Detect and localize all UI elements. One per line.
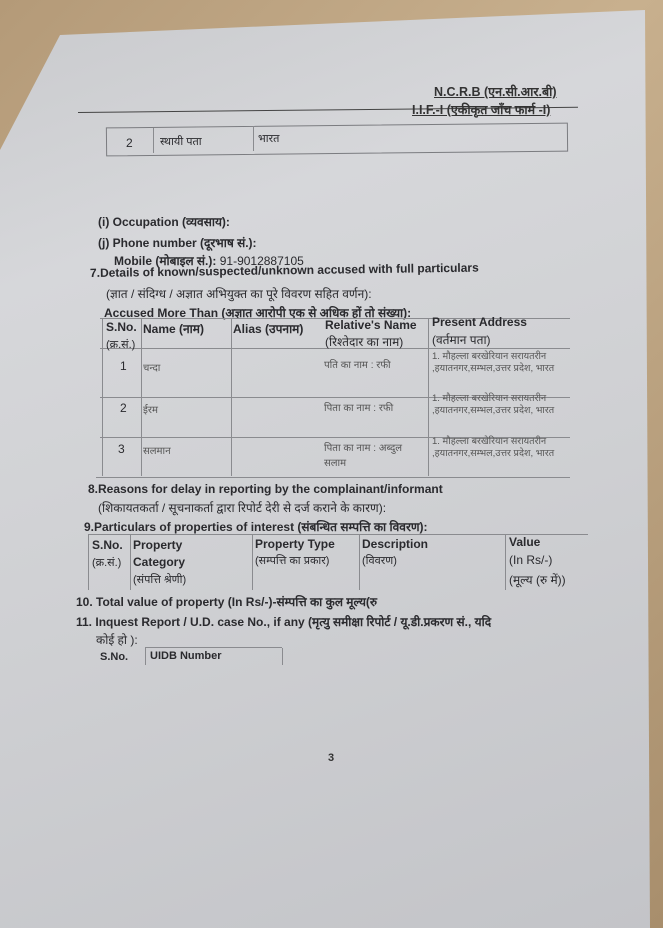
divider [253, 126, 254, 151]
prop-col-sno-hi: (क्र.सं.) [92, 555, 121, 570]
prop-col-description-hi: (विवरण) [362, 553, 397, 568]
prop-col-sno: S.No. [92, 538, 123, 552]
col-relative: Relative's Name [325, 318, 417, 332]
row-relative: पति का नाम : रफी [324, 357, 391, 371]
section8-subtitle: (शिकायतकर्ता / सूचनाकर्ता द्वारा रिपोर्ट… [98, 499, 386, 516]
prop-col-value-2: (In Rs/-) [509, 553, 552, 567]
row-name: ईरम [143, 402, 158, 416]
row-sno: 1 [120, 359, 127, 373]
ncrb-header: N.C.R.B (एन.सी.आर.बी) [434, 83, 557, 100]
section7-subtitle: (ज्ञात / संदिग्ध / अज्ञात अभियुक्त का पू… [106, 285, 372, 302]
prop-col-category: Property [133, 538, 182, 552]
section8-title: 8.Reasons for delay in reporting by the … [88, 482, 443, 496]
divider [153, 128, 154, 153]
prop-col-value: Value [509, 535, 540, 549]
row-relative: पिता का नाम : रफी [324, 400, 393, 414]
section11-title: 11. Inquest Report / U.D. case No., if a… [76, 613, 491, 630]
prop-col-category-hi: (संपत्ति श्रेणी) [133, 572, 186, 587]
address-row-sno: 2 [126, 136, 133, 150]
uidb-col-number: UIDB Number [150, 650, 222, 662]
address-row-value: भारत [258, 131, 279, 146]
row-address: 1. मौहल्ला बरखेरियान सरायतरीन ,हयातनगर,स… [432, 351, 577, 375]
section9-title: 9.Particulars of properties of interest … [84, 518, 428, 535]
row-address: 1. मौहल्ला बरखेरियान सरायतरीन ,हयातनगर,स… [432, 436, 577, 460]
col-sno: S.No. [106, 320, 137, 334]
prop-col-value-hi: (मूल्य (रु में)) [509, 571, 566, 588]
prop-col-description: Description [362, 537, 428, 551]
prop-col-category-2: Category [133, 555, 185, 569]
section11-title-cont: कोई हो ): [96, 631, 138, 648]
prop-col-type: Property Type [255, 537, 335, 551]
col-alias: Alias (उपनाम) [233, 320, 303, 337]
phone-label: (j) Phone number (दूरभाष सं.): [98, 234, 257, 251]
address-row-label: स्थायी पता [160, 134, 202, 149]
row-name: सलमान [143, 443, 171, 457]
col-address: Present Address [432, 315, 527, 329]
col-sno-hi: (क्र.सं.) [106, 337, 135, 352]
section10-title: 10. Total value of property (In Rs/-)-सं… [76, 593, 377, 610]
prop-col-type-hi: (सम्पत्ति का प्रकार) [255, 553, 329, 568]
occupation-label: (i) Occupation (व्यवसाय): [98, 213, 230, 230]
form-title: I.I.F.-I (एकीकृत जाँच फार्म -I) [412, 101, 550, 118]
row-sno: 2 [120, 401, 127, 415]
page-number: 3 [328, 752, 334, 764]
row-address: 1. मौहल्ला बरखेरियान सरायतरीन ,हयातनगर,स… [432, 393, 577, 417]
uidb-col-sno: S.No. [100, 651, 128, 663]
row-sno: 3 [118, 442, 125, 456]
row-relative: पिता का नाम : अब्दुल सलाम [324, 441, 414, 471]
row-name: चन्दा [143, 360, 160, 374]
col-relative-hi: (रिश्तेदार का नाम) [325, 333, 403, 350]
col-address-hi: (वर्तमान पता) [432, 331, 491, 348]
col-name: Name (नाम) [143, 320, 204, 337]
